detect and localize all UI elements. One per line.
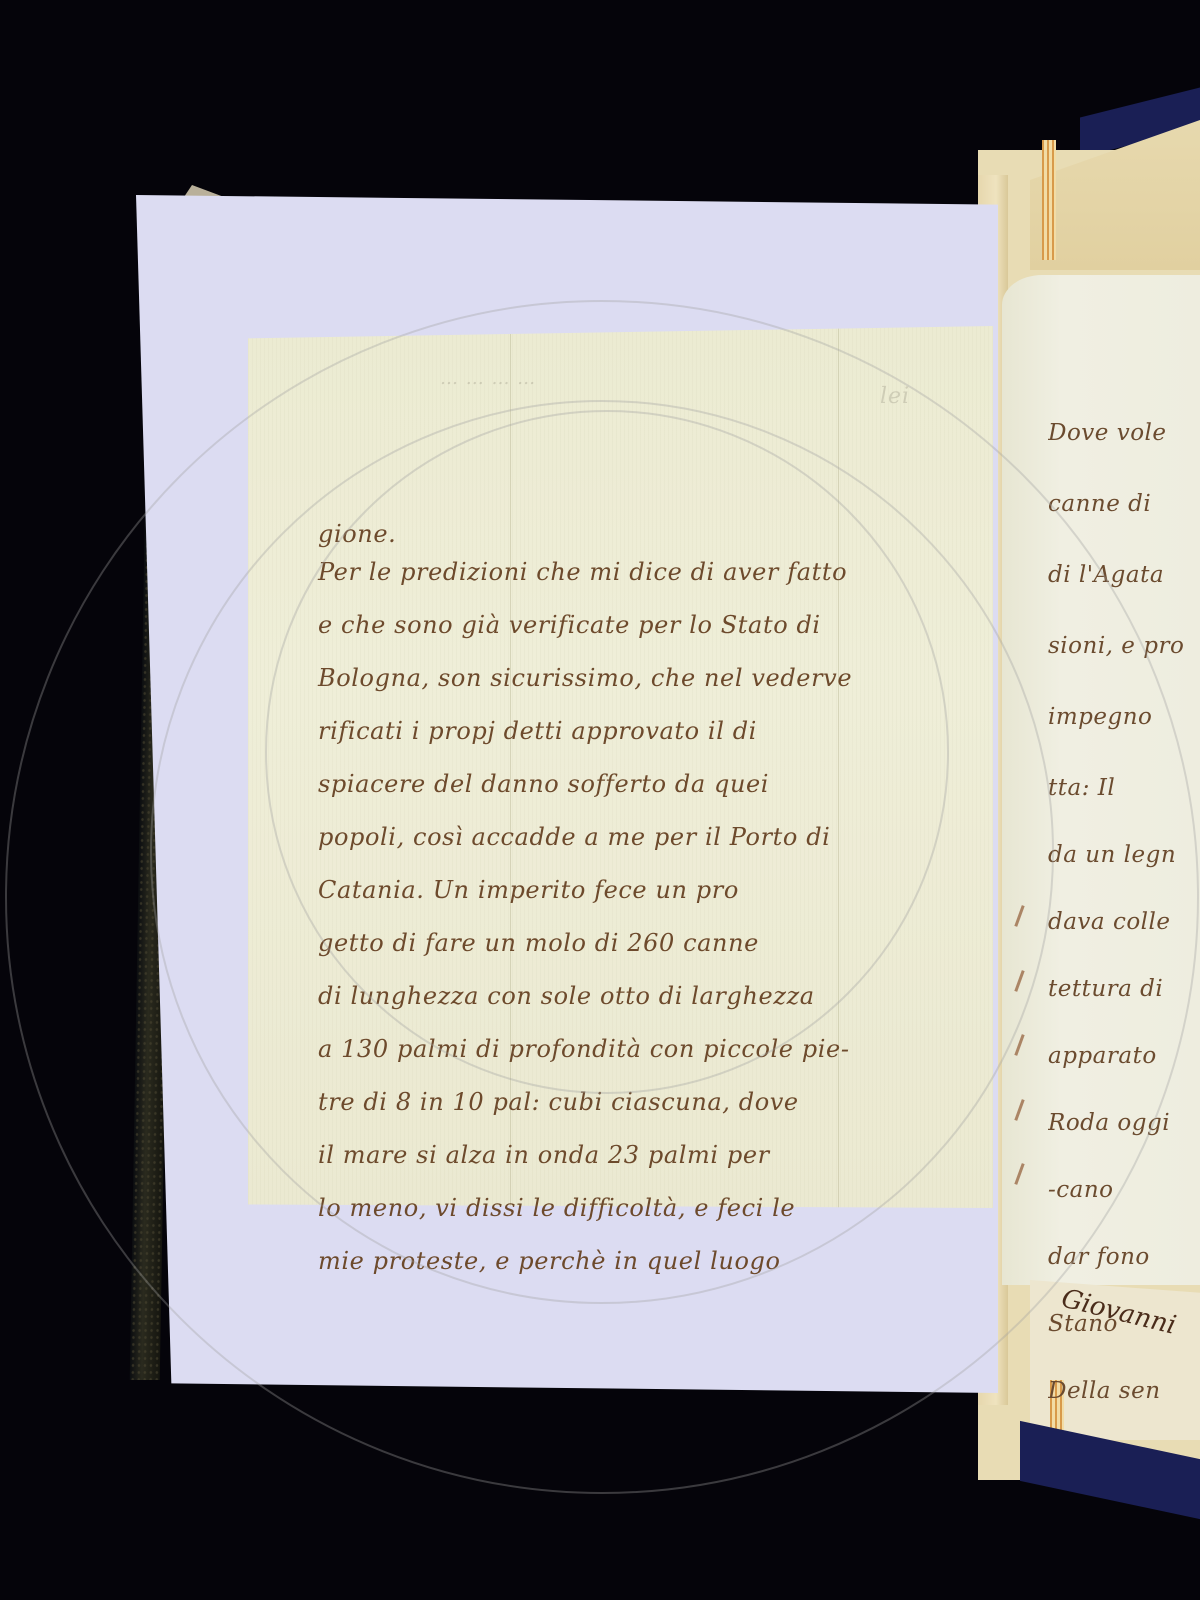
bleed-through-text: … … … … <box>440 368 536 389</box>
text-line: Dove vole <box>1048 420 1200 491</box>
text-line: rificati i propj detti approvato il di <box>318 717 998 770</box>
bleed-through-text: lei <box>880 384 910 409</box>
text-line: dava colle <box>1048 909 1200 976</box>
text-line: Della sen <box>1048 1378 1200 1445</box>
text-line: tettura di <box>1048 976 1200 1043</box>
text-line: mie proteste, e perchè in quel luogo <box>318 1247 998 1300</box>
text-line: lo meno, vi dissi le difficoltà, e feci … <box>318 1194 998 1247</box>
text-line: getto di fare un molo di 260 canne <box>318 929 998 982</box>
text-line: e che sono già verificate per lo Stato d… <box>318 611 998 664</box>
text-line: sioni, e pro <box>1048 633 1200 704</box>
text-line: di l'Agata <box>1048 562 1200 633</box>
text-line: il mare si alza in onda 23 palmi per <box>318 1141 998 1194</box>
text-line: Roda oggi <box>1048 1110 1200 1177</box>
text-line: spiacere del danno sofferto da quei <box>318 770 998 823</box>
text-line: Bologna, son sicurissimo, che nel vederv… <box>318 664 998 717</box>
text-line: a 130 palmi di profondità con piccole pi… <box>318 1035 998 1088</box>
text-line: impegno <box>1048 704 1200 775</box>
left-page-text: gione. Per le predizioni che mi dice di … <box>318 520 998 1300</box>
text-line: gione. <box>318 520 998 558</box>
text-line: Per le predizioni che mi dice di aver fa… <box>318 558 998 611</box>
text-line: tta: Il <box>1048 775 1200 842</box>
text-line: canne di <box>1048 491 1200 562</box>
paper-tab <box>184 185 224 197</box>
text-line: di lunghezza con sole otto di larghezza <box>318 982 998 1035</box>
text-line: -cano <box>1048 1177 1200 1244</box>
text-line: apparato <box>1048 1043 1200 1110</box>
text-line: da un legn <box>1048 842 1200 909</box>
text-line: Catania. Un imperito fece un pro <box>318 876 998 929</box>
text-line: tre di 8 in 10 pal: cubi ciascuna, dove <box>318 1088 998 1141</box>
photograph-scene: Dove vole canne di di l'Agata sioni, e p… <box>0 0 1200 1600</box>
margin-marks <box>1018 905 1032 1185</box>
text-line: popoli, così accadde a me per il Porto d… <box>318 823 998 876</box>
page-edge-stripes <box>1042 140 1056 260</box>
